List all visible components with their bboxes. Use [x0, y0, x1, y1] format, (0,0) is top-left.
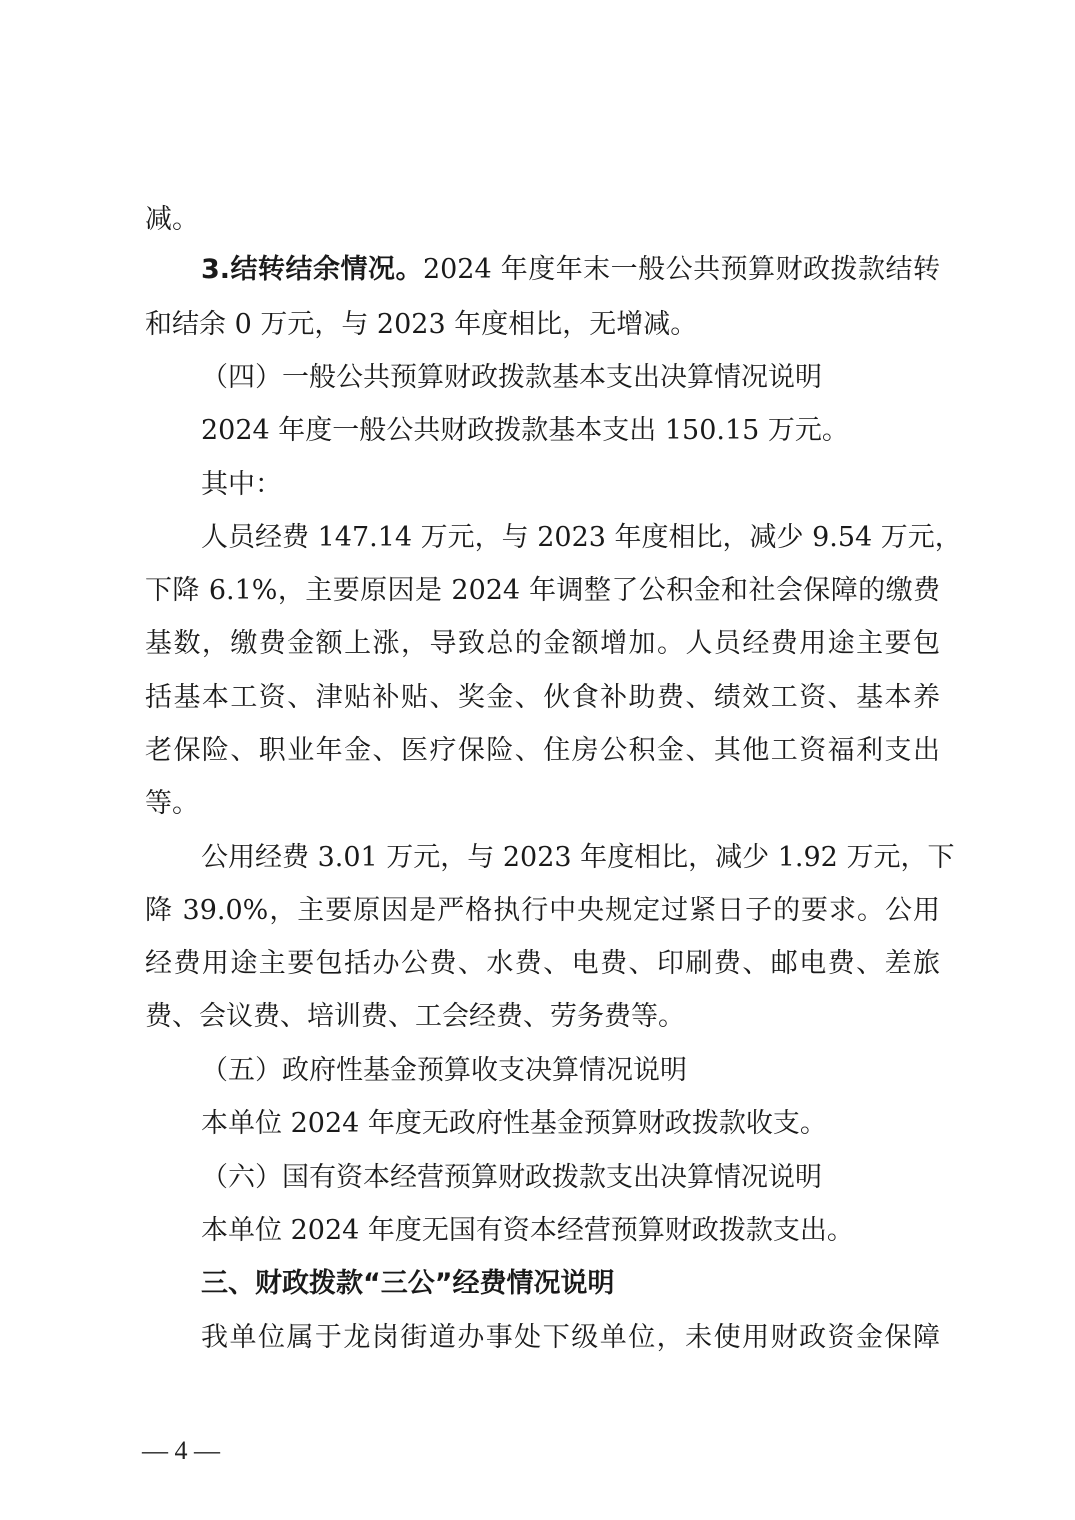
section6-heading: （六）国有资本经营预算财政拨款支出决算情况说明 — [201, 1158, 940, 1198]
public-line-4: 费、会议费、培训费、工会经费、劳务费等。 — [145, 997, 940, 1037]
public-line-2: 降 39.0%，主要原因是严格执行中央规定过紧日子的要求。公用 — [145, 891, 940, 931]
public-line-3: 经费用途主要包括办公费、水费、电费、印刷费、邮电费、差旅 — [145, 944, 940, 984]
section4-heading: （四）一般公共预算财政拨款基本支出决算情况说明 — [201, 358, 940, 398]
personnel-line-6: 等。 — [145, 784, 940, 824]
page-number: — 4 — — [142, 1436, 220, 1466]
part3-text: 我单位属于龙岗街道办事处下级单位，未使用财政资金保障 — [201, 1318, 940, 1358]
personnel-line-3: 基数，缴费金额上涨，导致总的金额增加。人员经费用途主要包 — [145, 624, 940, 664]
section5-text: 本单位 2024 年度无政府性基金预算财政拨款收支。 — [201, 1104, 940, 1144]
personnel-line-5: 老保险、职业年金、医疗保险、住房公积金、其他工资福利支出 — [145, 731, 940, 771]
carryover-text: 2024 年度年末一般公共预算财政拨款结转 — [423, 254, 940, 285]
document-page: 减。 3.结转结余情况。2024 年度年末一般公共预算财政拨款结转 和结余 0 … — [0, 0, 1075, 1520]
personnel-line-4: 括基本工资、津贴补贴、奖金、伙食补助费、绩效工资、基本养 — [145, 678, 940, 718]
prev-paragraph-tail: 减。 — [145, 200, 940, 240]
carryover-paragraph-line-1: 3.结转结余情况。2024 年度年末一般公共预算财政拨款结转 — [201, 250, 940, 290]
part3-heading: 三、财政拨款“三公”经费情况说明 — [201, 1264, 940, 1304]
public-line-1: 公用经费 3.01 万元，与 2023 年度相比，减少 1.92 万元，下 — [201, 838, 940, 878]
section5-heading: （五）政府性基金预算收支决算情况说明 — [201, 1051, 940, 1091]
personnel-line-2: 下降 6.1%，主要原因是 2024 年调整了公积金和社会保障的缴费 — [145, 571, 940, 611]
section4-total: 2024 年度一般公共财政拨款基本支出 150.15 万元。 — [201, 411, 940, 451]
section6-text: 本单位 2024 年度无国有资本经营预算财政拨款支出。 — [201, 1211, 940, 1251]
carryover-heading: 3.结转结余情况。 — [201, 254, 423, 285]
carryover-paragraph-line-2: 和结余 0 万元，与 2023 年度相比，无增减。 — [145, 305, 940, 345]
section4-among: 其中： — [201, 465, 940, 505]
personnel-line-1: 人员经费 147.14 万元，与 2023 年度相比，减少 9.54 万元， — [201, 518, 940, 558]
